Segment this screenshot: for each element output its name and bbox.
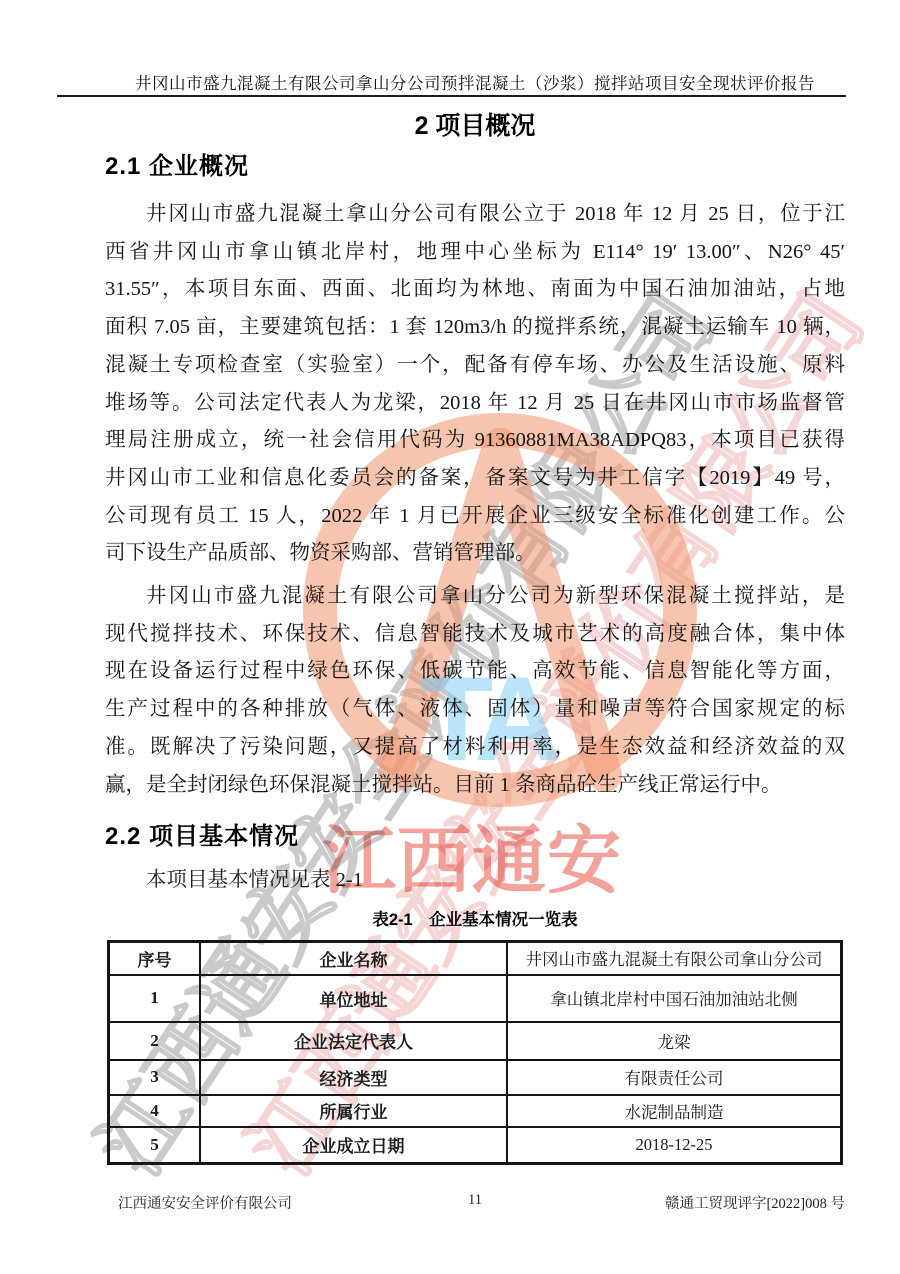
table-cell: 5 xyxy=(109,1127,201,1164)
document-page: 江西通安安全评价有限公司 江西通安安全评价有限公司 TA 江西通安 井冈山市盛九… xyxy=(0,0,900,1274)
table-body: 序号企业名称井冈山市盛九混凝土有限公司拿山分公司1单位地址拿山镇北岸村中国石油加… xyxy=(109,942,842,1164)
paragraph-green-station: 井冈山市盛九混凝土有限公司拿山分公司为新型环保混凝土搅拌站，是现代搅拌技术、环保… xyxy=(105,578,845,804)
text-line: 现代搅拌技术、环保技术、信息智能技术及城市艺术的高度融合体，集中体 xyxy=(105,616,845,654)
table-cell: 经济类型 xyxy=(200,1060,507,1095)
table-cell: 企业成立日期 xyxy=(200,1127,507,1164)
table-cell: 1 xyxy=(109,975,201,1022)
paragraph-company-overview: 井冈山市盛九混凝土拿山分公司有限公立于 2018 年 12 月 25 日，位于江… xyxy=(105,196,845,573)
table-cell: 拿山镇北岸村中国石油加油站北侧 xyxy=(507,975,842,1022)
table-cell: 所属行业 xyxy=(200,1095,507,1127)
table-row: 2企业法定代表人龙梁 xyxy=(109,1022,842,1060)
table-cell: 2 xyxy=(109,1022,201,1060)
text-line: 公司现有员工 15 人，2022 年 1 月已开展企业三级安全标准化创建工作。公 xyxy=(105,498,845,536)
text-line: 生产过程中的各种排放（气体、液体、固体）量和噪声等符合国家规定的标 xyxy=(105,691,845,729)
table-row: 5企业成立日期2018-12-25 xyxy=(109,1127,842,1164)
text-line: 现在设备运行过程中绿色环保、低碳节能、高效节能、信息智能化等方面， xyxy=(105,653,845,691)
text-line: 井冈山市盛九混凝土有限公司拿山分公司为新型环保混凝土搅拌站，是 xyxy=(105,578,845,616)
table-cell: 龙梁 xyxy=(507,1022,842,1060)
header-rule xyxy=(57,95,846,97)
table-cell: 序号 xyxy=(109,942,201,975)
table-cell: 水泥制品制造 xyxy=(507,1095,842,1127)
text-line: 西省井冈山市拿山镇北岸村，地理中心坐标为 E114° 19′ 13.00″、N2… xyxy=(105,234,845,272)
table-cell: 2018-12-25 xyxy=(507,1127,842,1164)
text-line: 理局注册成立，统一社会信用代码为 91360881MA38ADPQ83，本项目已… xyxy=(105,422,845,460)
table-cell: 有限责任公司 xyxy=(507,1060,842,1095)
footer-document-number: 赣通工贸现评字[2022]008 号 xyxy=(665,1192,845,1213)
table-row: 1单位地址拿山镇北岸村中国石油加油站北侧 xyxy=(109,975,842,1022)
section-title-2-1: 2.1 企业概况 xyxy=(105,146,249,181)
table-cell: 3 xyxy=(109,1060,201,1095)
table-cell: 企业名称 xyxy=(200,942,507,975)
chapter-title: 2 项目概况 xyxy=(105,106,845,142)
section-title-2-2: 2.2 项目基本情况 xyxy=(105,816,299,851)
table-caption: 表2-1 企业基本情况一览表 xyxy=(105,906,845,930)
text-line: 31.55″，本项目东面、西面、北面均为林地、南面为中国石油加油站，占地 xyxy=(105,271,845,309)
table-row: 3经济类型有限责任公司 xyxy=(109,1060,842,1095)
text-line: 司下设生产品质部、物资采购部、营销管理部。 xyxy=(105,535,845,573)
paragraph-see-table: 本项目基本情况见表 2-1 xyxy=(105,862,845,900)
text-line: 赢，是全封闭绿色环保混凝土搅拌站。目前 1 条商品砼生产线正常运行中。 xyxy=(105,767,845,805)
table-cell: 井冈山市盛九混凝土有限公司拿山分公司 xyxy=(507,942,842,975)
table-row: 4所属行业水泥制品制造 xyxy=(109,1095,842,1127)
text-line: 准。既解决了污染问题，又提高了材料利用率，是生态效益和经济效益的双 xyxy=(105,729,845,767)
table-row: 序号企业名称井冈山市盛九混凝土有限公司拿山分公司 xyxy=(109,942,842,975)
text-line: 混凝土专项检查室（实验室）一个，配备有停车场、办公及生活设施、原料 xyxy=(105,347,845,385)
table-cell: 单位地址 xyxy=(200,975,507,1022)
text-line: 堆场等。公司法定代表人为龙梁，2018 年 12 月 25 日在井冈山市市场监督… xyxy=(105,385,845,423)
text-line: 井冈山市工业和信息化委员会的备案，备案文号为井工信字【2019】49 号， xyxy=(105,460,845,498)
company-basic-info-table: 序号企业名称井冈山市盛九混凝土有限公司拿山分公司1单位地址拿山镇北岸村中国石油加… xyxy=(107,940,843,1165)
text-line: 面积 7.05 亩，主要建筑包括：1 套 120m3/h 的搅拌系统，混凝土运输… xyxy=(105,309,845,347)
text-line: 井冈山市盛九混凝土拿山分公司有限公立于 2018 年 12 月 25 日，位于江 xyxy=(105,196,845,234)
running-header: 井冈山市盛九混凝土有限公司拿山分公司预拌混凝土（沙浆）搅拌站项目安全现状评价报告 xyxy=(105,70,845,94)
table-cell: 4 xyxy=(109,1095,201,1127)
table-cell: 企业法定代表人 xyxy=(200,1022,507,1060)
